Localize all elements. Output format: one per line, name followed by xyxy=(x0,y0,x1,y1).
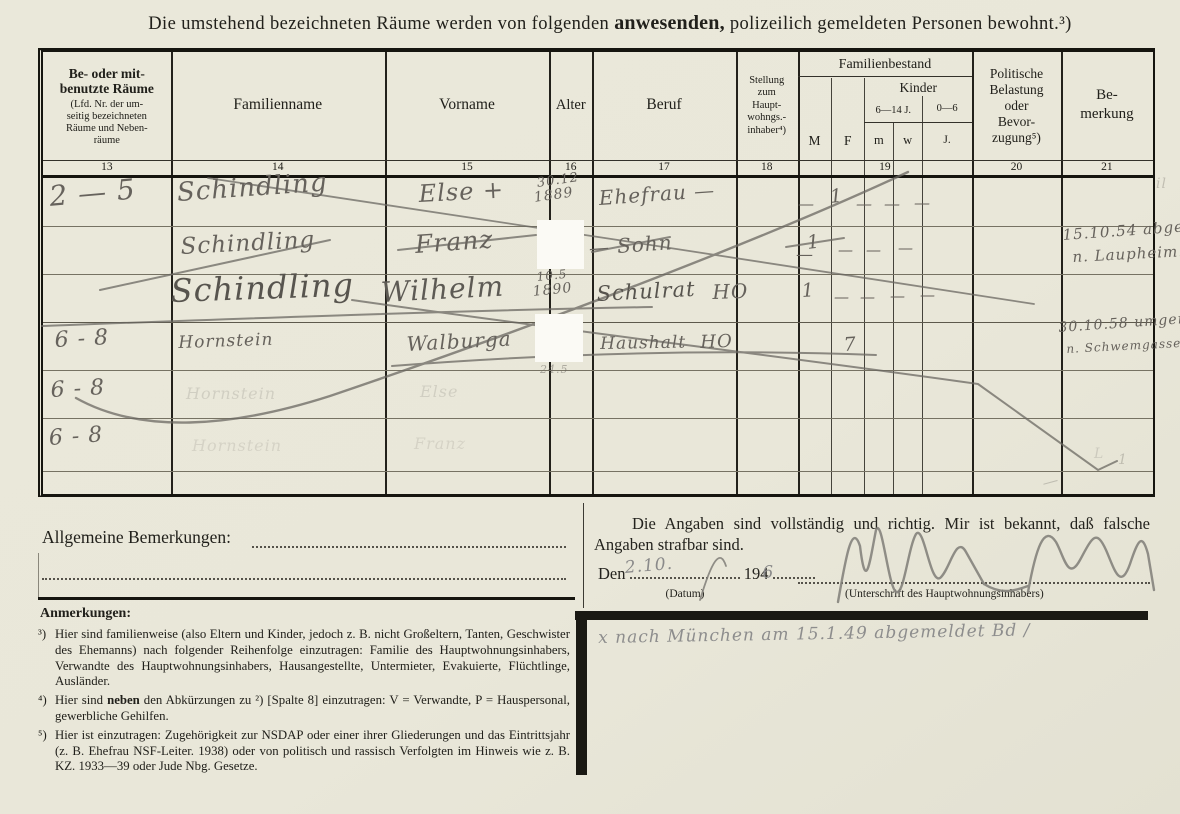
handwritten-entry: — xyxy=(838,241,854,259)
handwritten-entry: — xyxy=(1040,470,1061,493)
handwritten-entry: Ehefrau — xyxy=(598,178,716,210)
handwritten-entry: 24.5 xyxy=(540,363,569,376)
handwritten-entry: — xyxy=(860,288,876,306)
handwritten-entry: — Sohn xyxy=(588,230,673,260)
handwritten-entry: HO xyxy=(712,279,749,304)
handwritten-entry: Walburga xyxy=(406,326,512,355)
handwritten-entry: — xyxy=(856,194,873,213)
handwritten-entry: Schindling xyxy=(170,266,355,310)
handwritten-entry: 6 - 8 xyxy=(50,375,106,403)
handwritten-entry: Else xyxy=(420,382,458,401)
handwritten-entry: Hornstein xyxy=(178,330,274,353)
handwritten-entry: Hornstein xyxy=(192,436,282,455)
handwritten-entry: 1 xyxy=(829,185,844,208)
whiteout-patch xyxy=(535,314,583,362)
handwritten-entry: 7 xyxy=(843,333,858,356)
handwritten-entry: — xyxy=(914,193,931,212)
handwritten-entry: n. Laupheim. xyxy=(1072,242,1180,266)
handwritten-entry: — xyxy=(866,241,882,259)
handwritten-entry: 6 - 8 xyxy=(54,325,110,353)
handwritten-entry: — xyxy=(920,286,936,304)
handwritten-entry: 2.10. xyxy=(624,554,674,578)
handwritten-entry: 15.10.54 abgem xyxy=(1062,216,1180,243)
handwritten-entry: — xyxy=(796,245,814,265)
handwritten-entry: L xyxy=(1094,446,1104,462)
handwritten-entry: 1890 xyxy=(532,280,573,300)
handwritten-entry: — xyxy=(834,288,850,306)
handwritten-entry: Franz xyxy=(414,434,466,453)
handwritten-entry: Schulrat xyxy=(596,277,696,306)
handwritten-entry: Haushalt xyxy=(600,332,686,353)
handwritten-entry: Schindling xyxy=(176,167,329,207)
whiteout-patch xyxy=(537,220,584,269)
handwritten-entry: x nach München am 15.1.49 abgemeldet Bd … xyxy=(598,620,1031,648)
handwritten-entry: 1 xyxy=(801,279,816,302)
handwritten-entry: — xyxy=(898,239,914,257)
handwritten-entry: HO xyxy=(700,331,733,353)
handwritten-entry: Schindling xyxy=(180,227,316,260)
handwriting-layer: 2 — 5SchindlingElse +30.121889Ehefrau ——… xyxy=(0,0,1180,814)
handwritten-entry: Hornstein xyxy=(186,384,276,403)
scanned-registration-form: Die umstehend bezeichneten Räume werden … xyxy=(0,0,1180,814)
handwritten-entry: il xyxy=(1156,176,1167,192)
handwritten-entry: — xyxy=(890,287,906,305)
handwritten-entry: 6 - 8 xyxy=(48,422,104,451)
handwritten-entry: n. Schwemgasse C 219 xyxy=(1066,334,1180,356)
handwritten-entry: — xyxy=(884,194,901,213)
handwritten-entry: 6 xyxy=(762,562,775,583)
handwritten-entry: Wilhelm xyxy=(380,270,505,309)
handwritten-entry: 1 xyxy=(1118,452,1128,468)
handwritten-entry: Else + xyxy=(418,176,505,208)
handwritten-entry: — xyxy=(798,194,815,213)
handwritten-entry: Franz xyxy=(414,225,494,259)
handwritten-entry: 30.10.58 umgem xyxy=(1058,311,1180,336)
handwritten-entry: 2 — 5 xyxy=(48,172,137,212)
